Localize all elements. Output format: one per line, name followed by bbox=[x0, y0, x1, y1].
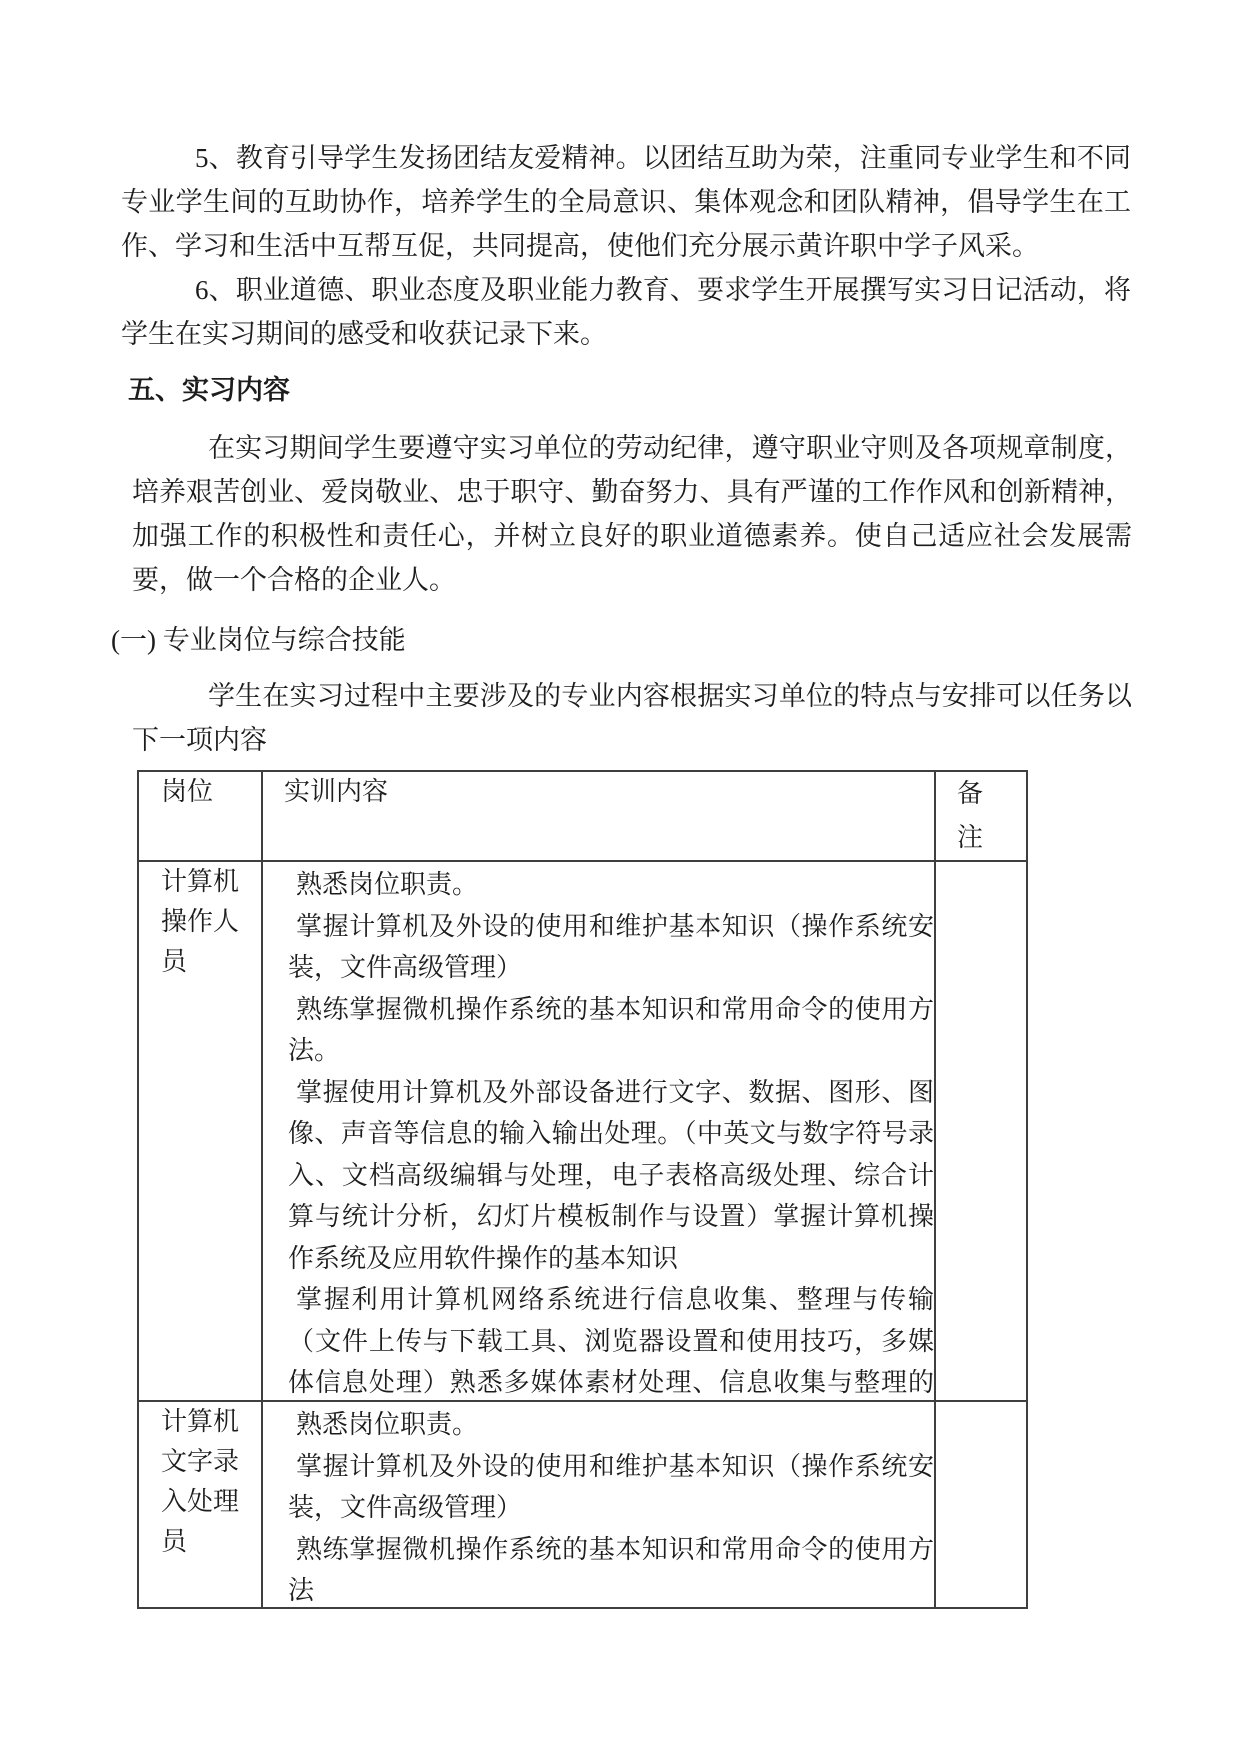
paragraph-5: 5、教育引导学生发扬团结友爱精神。以团结互助为荣，注重同专业学生和不同专业学生间… bbox=[121, 136, 1131, 268]
position-cell: 计算机文字录入处理员 bbox=[138, 1401, 262, 1608]
training-content-list: 熟悉岗位职责。 掌握计算机及外设的使用和维护基本知识（操作系统安装，文件高级管理… bbox=[288, 864, 934, 1398]
subsection-heading-1: (一) 专业岗位与综合技能 bbox=[111, 618, 1239, 662]
content-item: 掌握使用计算机及外部设备进行文字、数据、图形、图像、声音等信息的输入输出处理。（… bbox=[288, 1072, 934, 1280]
header-cell-remark: 备注 bbox=[935, 771, 1027, 861]
training-content-cell: 熟悉岗位职责。 掌握计算机及外设的使用和维护基本知识（操作系统安装，文件高级管理… bbox=[262, 861, 935, 1401]
content-item: 熟练掌握微机操作系统的基本知识和常用命令的使用方法。 bbox=[288, 989, 934, 1072]
content-item: 熟练掌握微机操作系统的基本知识和常用命令的使用方法 bbox=[288, 1529, 934, 1606]
header-cell-content: 实训内容 bbox=[262, 771, 935, 861]
table-row: 计算机操作人员 熟悉岗位职责。 掌握计算机及外设的使用和维护基本知识（操作系统安… bbox=[138, 861, 1027, 1401]
content-item: 掌握计算机及外设的使用和维护基本知识（操作系统安装，文件高级管理） bbox=[288, 906, 934, 989]
position-cell: 计算机操作人员 bbox=[138, 861, 262, 1401]
table-row: 计算机文字录入处理员 熟悉岗位职责。 掌握计算机及外设的使用和维护基本知识（操作… bbox=[138, 1401, 1027, 1608]
document-content: 5、教育引导学生发扬团结友爱精神。以团结互助为荣，注重同专业学生和不同专业学生间… bbox=[0, 136, 1239, 1609]
content-item: 掌握利用计算机网络系统进行信息收集、整理与传输（文件上传与下载工具、浏览器设置和… bbox=[288, 1279, 934, 1398]
subsection-1-intro: 学生在实习过程中主要涉及的专业内容根据实习单位的特点与安排可以任务以下一项内容 bbox=[132, 674, 1132, 762]
paragraph-6: 6、职业道德、职业态度及职业能力教育、要求学生开展撰写实习日记活动，将学生在实习… bbox=[121, 268, 1131, 356]
content-item: 掌握计算机及外设的使用和维护基本知识（操作系统安装，文件高级管理） bbox=[288, 1446, 934, 1529]
content-item: 熟悉岗位职责。 bbox=[288, 1404, 934, 1446]
section-5-intro: 在实习期间学生要遵守实习单位的劳动纪律，遵守职业守则及各项规章制度，培养艰苦创业… bbox=[132, 426, 1132, 602]
training-content-cell: 熟悉岗位职责。 掌握计算机及外设的使用和维护基本知识（操作系统安装，文件高级管理… bbox=[262, 1401, 935, 1608]
header-cell-position: 岗位 bbox=[138, 771, 262, 861]
positions-table: 岗位 实训内容 备注 计算机操作人员 熟悉岗位职责。 掌握计算机及外设的使用和维… bbox=[137, 770, 1028, 1609]
content-item: 熟悉岗位职责。 bbox=[288, 864, 934, 906]
document-page: 5、教育引导学生发扬团结友爱精神。以团结互助为荣，注重同专业学生和不同专业学生间… bbox=[0, 0, 1239, 1754]
section-heading-5: 五、实习内容 bbox=[128, 368, 1239, 412]
training-content-list: 熟悉岗位职责。 掌握计算机及外设的使用和维护基本知识（操作系统安装，文件高级管理… bbox=[288, 1404, 934, 1605]
remark-cell bbox=[935, 861, 1027, 1401]
remark-cell bbox=[935, 1401, 1027, 1608]
table-header-row: 岗位 实训内容 备注 bbox=[138, 771, 1027, 861]
